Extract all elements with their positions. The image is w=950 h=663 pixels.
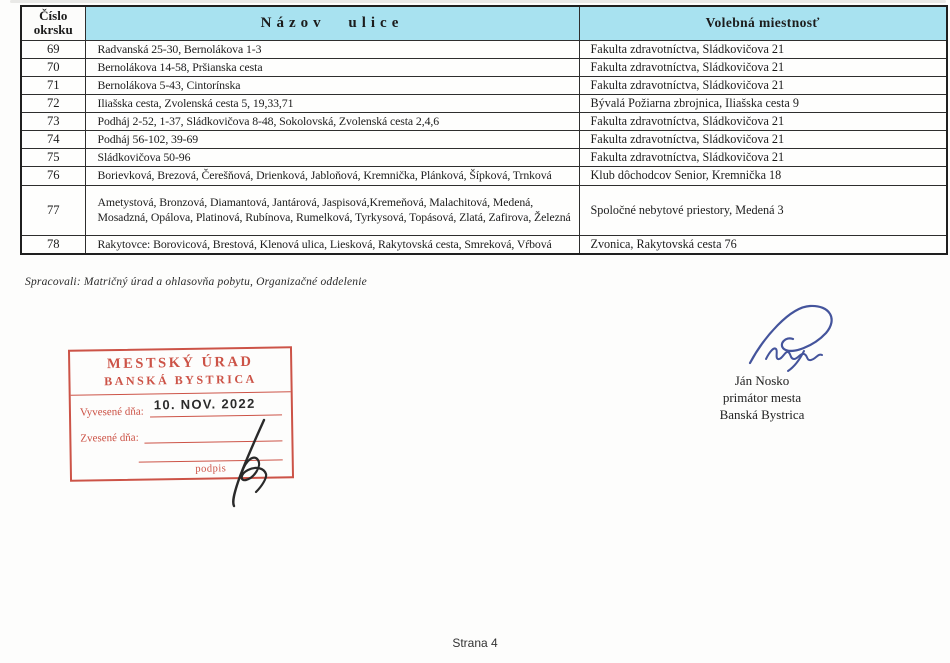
- district-number-cell: 72: [21, 94, 85, 112]
- signatory-name: Ján Nosko: [692, 372, 832, 389]
- table-row: 74 Podháj 56-102, 39-69 Fakulta zdravotn…: [21, 130, 947, 148]
- page-number: Strana 4: [0, 636, 950, 650]
- header-polling-place: Volebná miestnosť: [579, 6, 947, 40]
- polling-place-cell: Spoločné nebytové priestory, Medená 3: [579, 185, 947, 235]
- table-header-row: Číslo okrsku Názov ulice Volebná miestno…: [21, 6, 947, 40]
- district-number-cell: 70: [21, 58, 85, 76]
- district-number-cell: 76: [21, 166, 85, 185]
- table-body: 69 Radvanská 25-30, Bernolákova 1-3 Faku…: [21, 40, 947, 254]
- stamp-posted-label: Vyvesené dňa:: [80, 406, 144, 419]
- mayor-handwritten-signature-ink: [742, 301, 858, 373]
- street-names-cell: Sládkovičova 50-96: [85, 148, 579, 166]
- polling-place-cell: Fakulta zdravotníctva, Sládkovičova 21: [579, 58, 947, 76]
- table-row: 77 Ametystová, Bronzová, Diamantová, Jan…: [21, 185, 947, 235]
- street-names-cell: Borievková, Brezová, Čerešňová, Drienkov…: [85, 166, 579, 185]
- signatory-block: Ján Nosko primátor mesta Banská Bystrica: [692, 372, 832, 423]
- stamp-handwritten-signature-ink: [220, 416, 278, 508]
- table-row: 76 Borievková, Brezová, Čerešňová, Drien…: [21, 166, 947, 185]
- district-number-cell: 75: [21, 148, 85, 166]
- district-number-cell: 69: [21, 40, 85, 58]
- polling-place-cell: Fakulta zdravotníctva, Sládkovičova 21: [579, 76, 947, 94]
- polling-place-cell: Fakulta zdravotníctva, Sládkovičova 21: [579, 40, 947, 58]
- posted-date-stamp: 10. NOV. 2022: [154, 396, 256, 413]
- table-row: 71 Bernolákova 5-43, Cintorínska Fakulta…: [21, 76, 947, 94]
- scan-artifact: [10, 0, 946, 3]
- polling-place-cell: Zvonica, Rakytovská cesta 76: [579, 235, 947, 254]
- district-number-cell: 74: [21, 130, 85, 148]
- header-street-name: Názov ulice: [85, 6, 579, 40]
- table-row: 72 Iliašska cesta, Zvolenská cesta 5, 19…: [21, 94, 947, 112]
- signatory-title: primátor mesta: [692, 389, 832, 406]
- street-names-cell: Bernolákova 14-58, Pršianska cesta: [85, 58, 579, 76]
- polling-place-cell: Klub dôchodcov Senior, Kremnička 18: [579, 166, 947, 185]
- street-names-cell: Ametystová, Bronzová, Diamantová, Jantár…: [85, 185, 579, 235]
- district-number-cell: 77: [21, 185, 85, 235]
- district-number-cell: 73: [21, 112, 85, 130]
- street-names-cell: Podháj 2-52, 1-37, Sládkovičova 8-48, So…: [85, 112, 579, 130]
- header-district-number: Číslo okrsku: [21, 6, 85, 40]
- street-names-cell: Bernolákova 5-43, Cintorínska: [85, 76, 579, 94]
- stamp-office-name: MESTSKÝ ÚRAD: [79, 353, 281, 373]
- street-names-cell: Podháj 56-102, 39-69: [85, 130, 579, 148]
- table-row: 75 Sládkovičova 50-96 Fakulta zdravotníc…: [21, 148, 947, 166]
- polling-place-cell: Fakulta zdravotníctva, Sládkovičova 21: [579, 130, 947, 148]
- table-row: 73 Podháj 2-52, 1-37, Sládkovičova 8-48,…: [21, 112, 947, 130]
- district-number-cell: 78: [21, 235, 85, 254]
- signatory-city: Banská Bystrica: [692, 406, 832, 423]
- voting-districts-table: Číslo okrsku Názov ulice Volebná miestno…: [20, 5, 948, 255]
- processed-by-note: Spracovali: Matričný úrad a ohlasovňa po…: [25, 276, 367, 288]
- stamp-divider: [71, 391, 291, 395]
- table-row: 78 Rakytovce: Borovicová, Brestová, Klen…: [21, 235, 947, 254]
- street-names-cell: Radvanská 25-30, Bernolákova 1-3: [85, 40, 579, 58]
- street-names-cell: Iliašska cesta, Zvolenská cesta 5, 19,33…: [85, 94, 579, 112]
- table-row: 69 Radvanská 25-30, Bernolákova 1-3 Faku…: [21, 40, 947, 58]
- polling-place-cell: Fakulta zdravotníctva, Sládkovičova 21: [579, 148, 947, 166]
- stamp-city-name: BANSKÁ BYSTRICA: [79, 371, 281, 389]
- district-number-cell: 71: [21, 76, 85, 94]
- stamp-removed-label: Zvesené dňa:: [80, 432, 139, 445]
- scanned-document-page: Číslo okrsku Názov ulice Volebná miestno…: [0, 0, 950, 663]
- street-names-cell: Rakytovce: Borovicová, Brestová, Klenová…: [85, 235, 579, 254]
- polling-place-cell: Bývalá Požiarna zbrojnica, Iliašska cest…: [579, 94, 947, 112]
- table-row: 70 Bernolákova 14-58, Pršianska cesta Fa…: [21, 58, 947, 76]
- polling-place-cell: Fakulta zdravotníctva, Sládkovičova 21: [579, 112, 947, 130]
